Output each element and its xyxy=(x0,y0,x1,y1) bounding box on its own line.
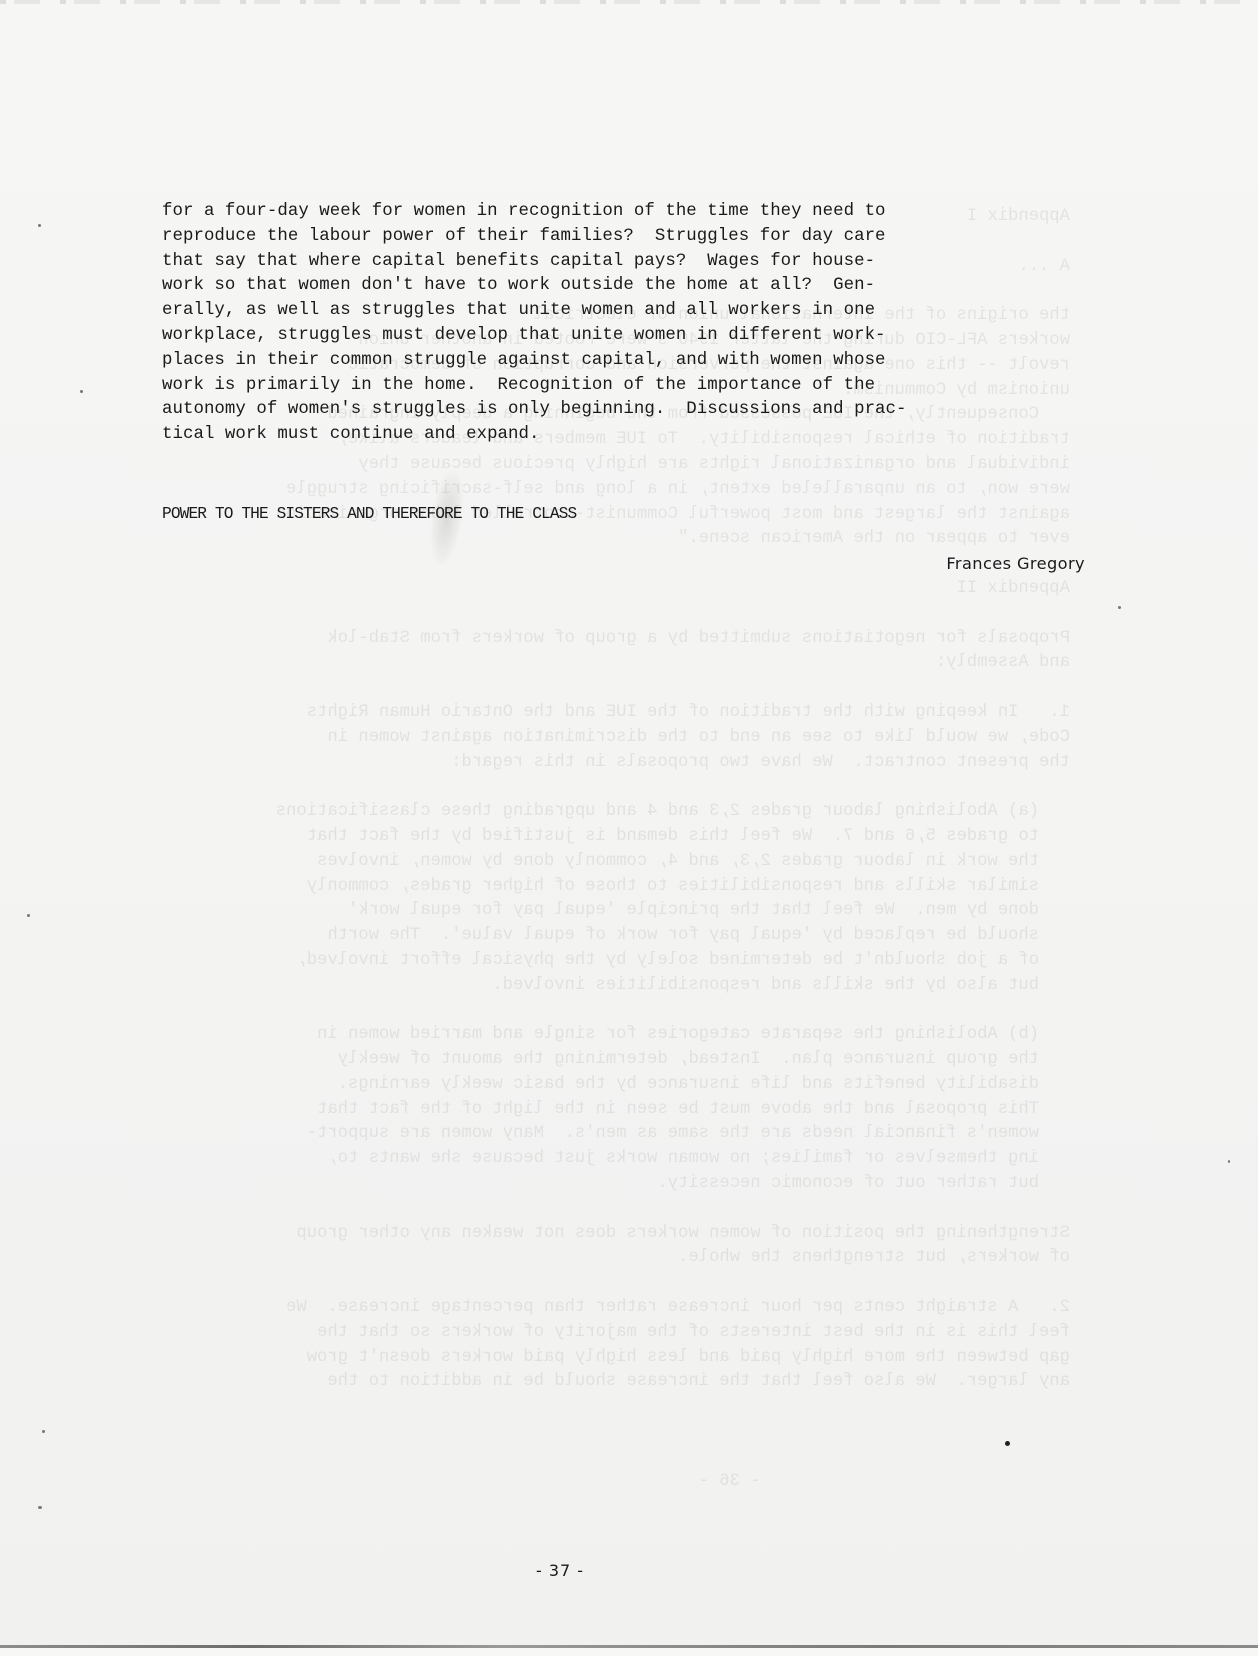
bleed-line xyxy=(70,602,1070,627)
article-body-text: for a four-day week for women in recogni… xyxy=(162,200,1062,448)
scan-top-edge xyxy=(0,0,1258,4)
bleed-line: to grades 5,6 and 7. We feel this demand… xyxy=(70,825,1070,850)
bleed-line xyxy=(70,676,1070,701)
body-line: erally, as well as struggles that unite … xyxy=(162,299,1062,324)
bleed-line: 1. In keeping with the tradition of the … xyxy=(70,701,1070,726)
body-line: that say that where capital benefits cap… xyxy=(162,250,1062,275)
bleed-line: the work in labour grades 2,3, and 4, co… xyxy=(70,850,1070,875)
body-line: places in their common struggle against … xyxy=(162,349,1062,374)
bleed-line: were won, to an unparalleled extent, in … xyxy=(70,478,1070,503)
bleed-line xyxy=(70,1445,1070,1470)
page-number: - 37 - xyxy=(536,1561,584,1580)
bleed-line xyxy=(70,1420,1070,1445)
bleed-line xyxy=(70,552,1070,577)
bleed-line xyxy=(70,1197,1070,1222)
scan-bottom-strip xyxy=(0,1648,1258,1656)
bleed-line: (b) Abolishing the separate categories f… xyxy=(70,1023,1070,1048)
bleed-line: Strengthening the position of women work… xyxy=(70,1222,1070,1247)
bleed-line: similar skills and responsibilities to t… xyxy=(70,875,1070,900)
bleed-line: but rather out of economic necessity. xyxy=(70,1172,1070,1197)
scan-speck xyxy=(1228,1160,1230,1163)
bleed-line: Code, we would like to see an end to the… xyxy=(70,726,1070,751)
bleed-line: and Assembly: xyxy=(70,651,1070,676)
scan-speck xyxy=(1005,1441,1010,1446)
bleed-line: the present contract. We have two propos… xyxy=(70,751,1070,776)
scan-speck xyxy=(38,1506,42,1509)
bleed-line xyxy=(70,999,1070,1024)
scan-speck xyxy=(80,390,83,393)
bleed-line: individual and organizational rights are… xyxy=(70,453,1070,478)
bleed-line xyxy=(70,1395,1070,1420)
bleed-line: Proposals for negotiations submitted by … xyxy=(70,627,1070,652)
bleed-line: done by men. We feel that the principle … xyxy=(70,899,1070,924)
scanned-page: Appendix I A ... the origins of the inte… xyxy=(0,0,1258,1656)
bleed-line: gap between the more highly paid and les… xyxy=(70,1346,1070,1371)
bleed-line: any larger. We also feel that the increa… xyxy=(70,1370,1070,1395)
bleed-line: ever to appear on the American scene." xyxy=(70,527,1070,552)
bleed-line: This proposal and the above must be seen… xyxy=(70,1098,1070,1123)
body-line: tical work must continue and expand. xyxy=(162,423,1062,448)
bleed-line: the group insurance plan. Instead, deter… xyxy=(70,1048,1070,1073)
body-line: for a four-day week for women in recogni… xyxy=(162,200,1062,225)
author-signature: Frances Gregory xyxy=(946,554,1085,573)
scan-speck xyxy=(38,224,41,227)
body-line: work so that women don't have to work ou… xyxy=(162,274,1062,299)
bleed-line: women's financial needs are the same as … xyxy=(70,1122,1070,1147)
bleed-line: of a job shouldn't be determined solely … xyxy=(70,949,1070,974)
bleed-line: ing themselves or families; no woman wor… xyxy=(70,1147,1070,1172)
bleed-line: disability benefits and life insurance b… xyxy=(70,1073,1070,1098)
bleed-line: (a) Abolishing labour grades 2,3 and 4 a… xyxy=(70,800,1070,825)
body-line: work is primarily in the home. Recogniti… xyxy=(162,374,1062,399)
scan-speck xyxy=(1118,606,1121,609)
bleed-line: Appendix II xyxy=(70,577,1070,602)
bleed-line: feel this is in the best interests of th… xyxy=(70,1321,1070,1346)
body-line: reproduce the labour power of their fami… xyxy=(162,225,1062,250)
scan-speck xyxy=(27,914,30,917)
scan-speck xyxy=(42,1430,45,1433)
bleed-line: should be replaced by 'equal pay for wor… xyxy=(70,924,1070,949)
body-line: autonomy of women's struggles is only be… xyxy=(162,398,1062,423)
bleed-line xyxy=(70,775,1070,800)
body-line: workplace, struggles must develop that u… xyxy=(162,324,1062,349)
bleed-line: of workers, but strengthens the whole. xyxy=(70,1246,1070,1271)
bleed-line: 2. A straight cents per hour increase ra… xyxy=(70,1296,1070,1321)
bleed-line: but also by the skills and responsibilit… xyxy=(70,974,1070,999)
bleed-line xyxy=(70,1271,1070,1296)
bleed-line: - 36 - xyxy=(70,1470,1070,1495)
closing-slogan: POWER TO THE SISTERS AND THEREFORE TO TH… xyxy=(162,505,576,523)
